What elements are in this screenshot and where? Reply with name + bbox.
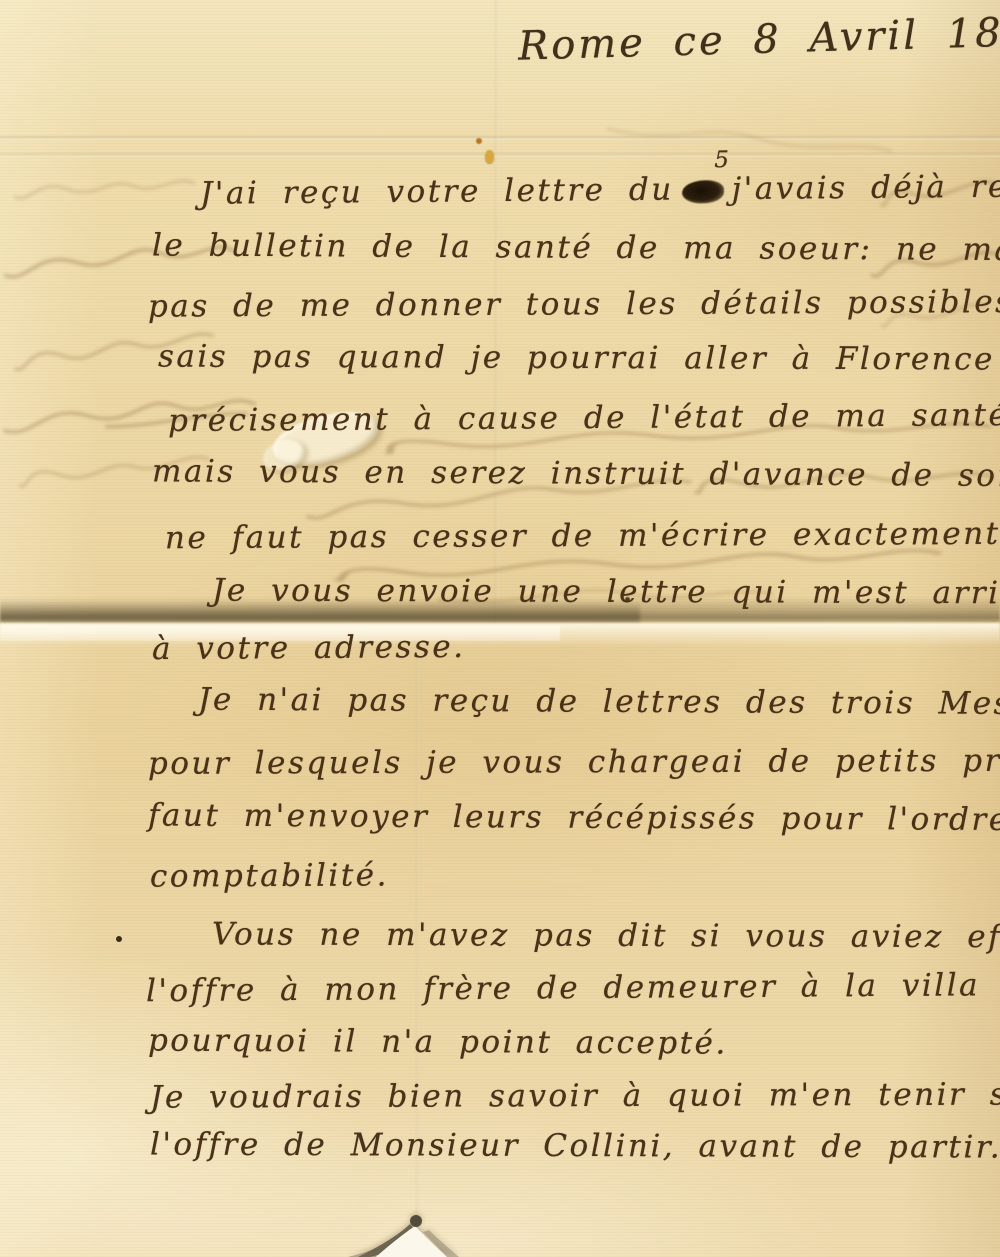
fold-crease-top	[0, 136, 1000, 140]
letter-line-text: j'avais déjà reçu	[732, 168, 1000, 207]
ink-dot	[116, 936, 122, 942]
letter-line: l'offre à mon frère de demeurer à la vil…	[146, 967, 1000, 1009]
letter-line: pour lesquels je vous chargeai de petits…	[148, 742, 1000, 782]
letter-line-text: J'ai reçu votre lettre du	[200, 172, 674, 212]
wax-speck	[485, 150, 494, 163]
fold-crease-top	[0, 153, 1000, 157]
paper-tear	[318, 1206, 522, 1257]
letter-line: précisement à cause de l'état de ma sant…	[168, 397, 1000, 439]
letter-line: Je voudrais bien savoir à quoi m'en teni…	[150, 1076, 1000, 1115]
ink-bleedthrough	[9, 165, 201, 215]
ink-blot	[682, 180, 724, 203]
paper-speck	[476, 138, 482, 144]
letter-line: mais vous en serez instruit d'avance de …	[152, 453, 1000, 494]
letter-line: Je vous envoie une lettre qui m'est arri…	[212, 573, 1000, 612]
letter-scan: Rome ce 8 Avril 1825 J'ai reçu votre let…	[0, 0, 1000, 1257]
letter-line: ne faut pas cesser de m'écrire exactemen…	[165, 516, 1000, 556]
letter-dateline: Rome ce 8 Avril 1825	[517, 8, 1000, 69]
letter-line: à votre adresse.	[152, 629, 466, 667]
letter-line: sais pas quand je pourrai aller à Floren…	[158, 339, 995, 378]
letter-line: Je n'ai pas reçu de lettres des trois Me…	[198, 682, 1000, 723]
letter-line: le bulletin de la santé de ma soeur: ne …	[152, 227, 1000, 268]
letter-line: comptabilité.	[150, 857, 389, 894]
letter-line: faut m'envoyer leurs récépissés pour l'o…	[148, 797, 1000, 838]
letter-line: Vous ne m'avez pas dit si vous aviez eff…	[212, 916, 1000, 955]
superscript-5: 5	[714, 147, 731, 173]
letter-line: J'ai reçu votre lettre du5j'avais déjà r…	[200, 168, 1000, 211]
letter-line: pourquoi il n'a point accepté.	[148, 1022, 728, 1061]
letter-line: pas de me donner tous les détails possib…	[148, 283, 1000, 324]
letter-line: l'offre de Monsieur Collini, avant de pa…	[150, 1127, 1000, 1166]
